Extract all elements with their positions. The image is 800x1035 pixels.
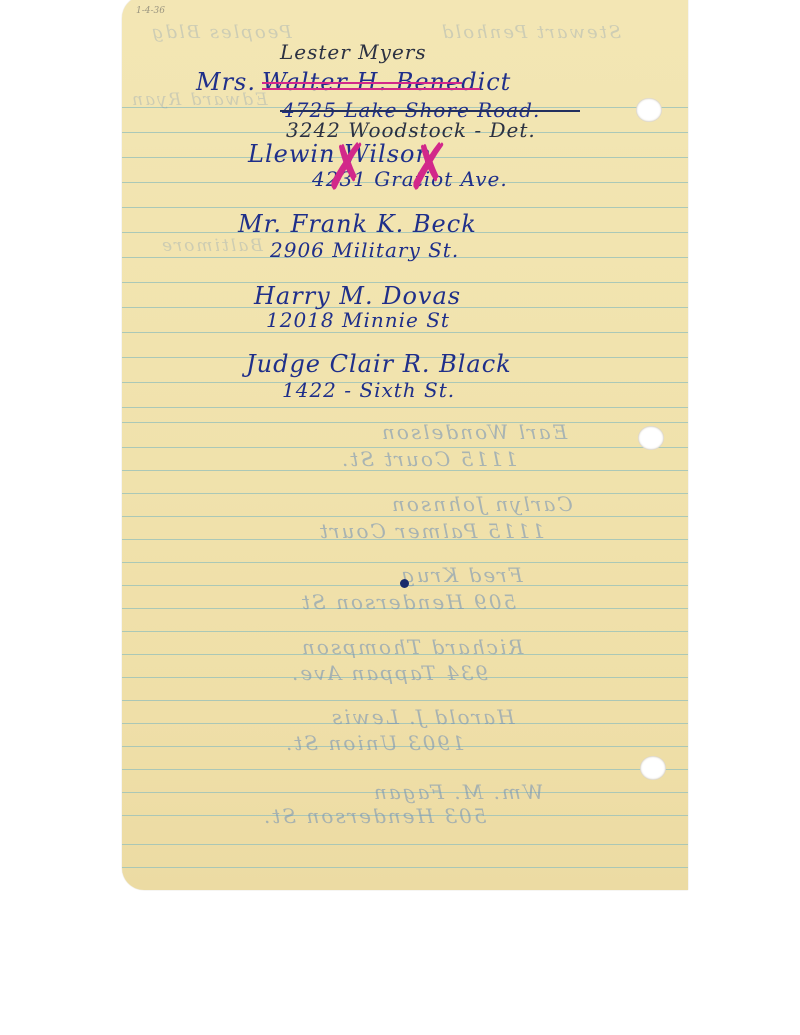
punch-hole-top bbox=[636, 98, 662, 122]
ruled-line bbox=[122, 407, 688, 408]
bleed-through-name: Wm. M. Fagan bbox=[372, 780, 543, 804]
entry-address-black: 1422 - Sixth St. bbox=[282, 378, 455, 402]
punch-hole-bottom bbox=[640, 756, 666, 780]
bleed-through-address: 934 Tappan Ave. bbox=[290, 661, 488, 685]
bleed-through-name: Fred Krug bbox=[400, 563, 523, 587]
bleed-through-address: 1115 Palmer Court bbox=[318, 519, 545, 543]
punch-hole-middle bbox=[638, 426, 664, 450]
entry-name-black: Judge Clair R. Black bbox=[246, 350, 512, 378]
ink-strikethrough bbox=[280, 110, 580, 112]
bleed-through-name: Harold J. Lewis bbox=[330, 705, 515, 729]
bleed-through-address: 1115 Court St. bbox=[340, 447, 518, 471]
entry-prefix: Mrs. bbox=[196, 68, 256, 96]
ruled-line bbox=[122, 844, 688, 845]
pink-x-mark: ✗ bbox=[325, 136, 368, 200]
pink-strikethrough bbox=[262, 82, 462, 84]
bleed-through-address: 1903 Union St. bbox=[284, 731, 465, 755]
entry-name-lester-myers: Lester Myers bbox=[280, 40, 427, 64]
ink-blot bbox=[400, 579, 409, 588]
ruled-line bbox=[122, 769, 688, 770]
ruled-line bbox=[122, 332, 688, 333]
ruled-line bbox=[122, 207, 688, 208]
pink-strikethrough bbox=[262, 88, 480, 90]
entry-address-beck: 2906 Military St. bbox=[270, 238, 459, 262]
entry-name-dovas: Harry M. Dovas bbox=[254, 282, 461, 310]
ruled-line bbox=[122, 700, 688, 701]
bleed-through-text: Peoples Bldg bbox=[150, 22, 292, 43]
ruled-line bbox=[122, 867, 688, 868]
bleed-through-text: Baltimore bbox=[160, 236, 263, 256]
bleed-through-name: Richard Thompson bbox=[300, 635, 523, 659]
bleed-through-name: Carlyn Johnson bbox=[390, 492, 573, 516]
bleed-through-text: Stewart Penhold bbox=[440, 22, 621, 43]
bleed-through-name: Earl Wondelson bbox=[380, 420, 567, 444]
pink-x-mark: ✗ bbox=[407, 136, 450, 200]
bleed-through-address: 503 Henderson St. bbox=[262, 804, 487, 828]
corner-note: 1-4-36 bbox=[136, 6, 165, 16]
entry-name-beck: Mr. Frank K. Beck bbox=[238, 210, 477, 238]
ruled-line bbox=[122, 631, 688, 632]
bleed-through-address: 509 Henderson St bbox=[300, 590, 516, 614]
ruled-line bbox=[122, 516, 688, 517]
entry-address-dovas: 12018 Minnie St bbox=[266, 308, 450, 332]
